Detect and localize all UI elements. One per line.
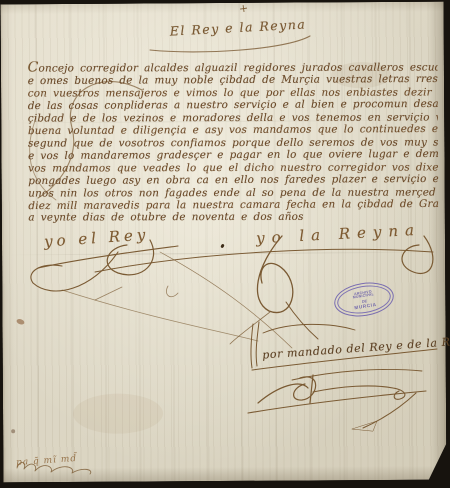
manuscript-line: segund que de vosotros confiamos porque …	[28, 136, 438, 150]
manuscript-line: pongades luego asy en obra ca en ello no…	[28, 173, 438, 188]
manuscript-body: Concejo corregidor alcaldes alguazil reg…	[28, 60, 439, 225]
paper-stain	[73, 393, 163, 434]
stamp-line-1: ARCHIVO MUNICIPAL	[345, 289, 381, 301]
stamp-line-2: DE	[362, 300, 367, 303]
invocation-cross: +	[238, 1, 249, 15]
manuscript-line: Concejo corregidor alcaldes alguazil reg…	[28, 60, 438, 75]
paper-stain	[11, 429, 15, 433]
manuscript-line: vos mandamos que veades lo que el dicho …	[28, 161, 438, 175]
stamp-line-3: MURCIA	[354, 302, 377, 310]
manuscript-line: çibdad e de los vezinos e moradores dell…	[28, 111, 438, 125]
scanned-manuscript: + El Rey e la Reyna Concejo corregidor a…	[0, 0, 450, 488]
manuscript-line: unos nin los otros non fagades ende al s…	[28, 186, 438, 200]
manuscript-line: buena voluntad e diligençia e asy vos ma…	[28, 123, 438, 138]
paper-stain	[16, 318, 25, 325]
fold-crease	[8, 252, 440, 256]
manuscript-line: con vuestros mensajeros e vimos lo que p…	[28, 86, 438, 100]
manuscript-line: e vos lo mandaremos gradesçer e pagar en…	[28, 148, 438, 163]
